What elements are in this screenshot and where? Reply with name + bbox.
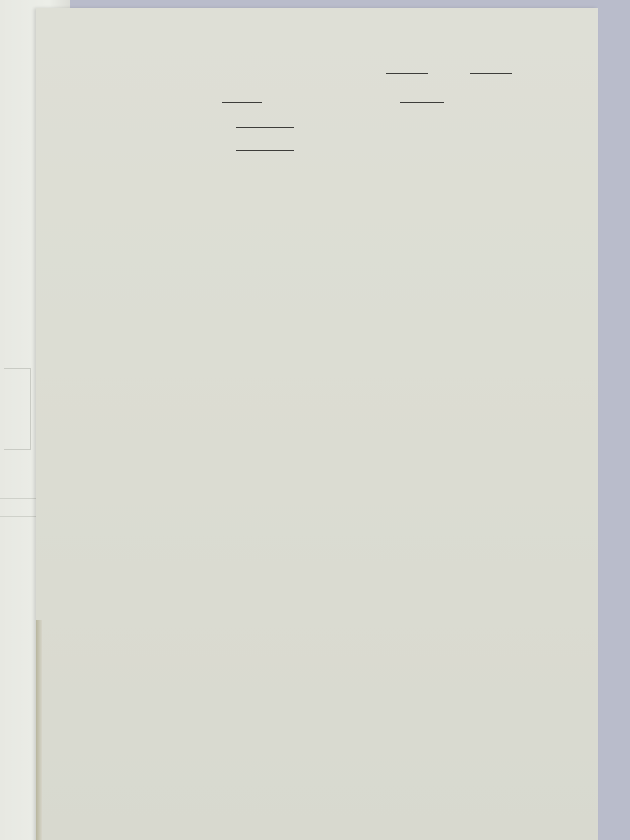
rooms-field-line	[222, 102, 262, 103]
underlying-sheet-box	[4, 368, 31, 450]
room-1-field-line	[236, 127, 294, 128]
floor-field-line	[386, 73, 428, 74]
total-floors-field-line	[470, 73, 512, 74]
living-area-field-line	[400, 102, 444, 103]
room-2-field-line	[236, 150, 294, 151]
page-edge-shadow	[36, 620, 42, 840]
document-page	[36, 8, 598, 840]
